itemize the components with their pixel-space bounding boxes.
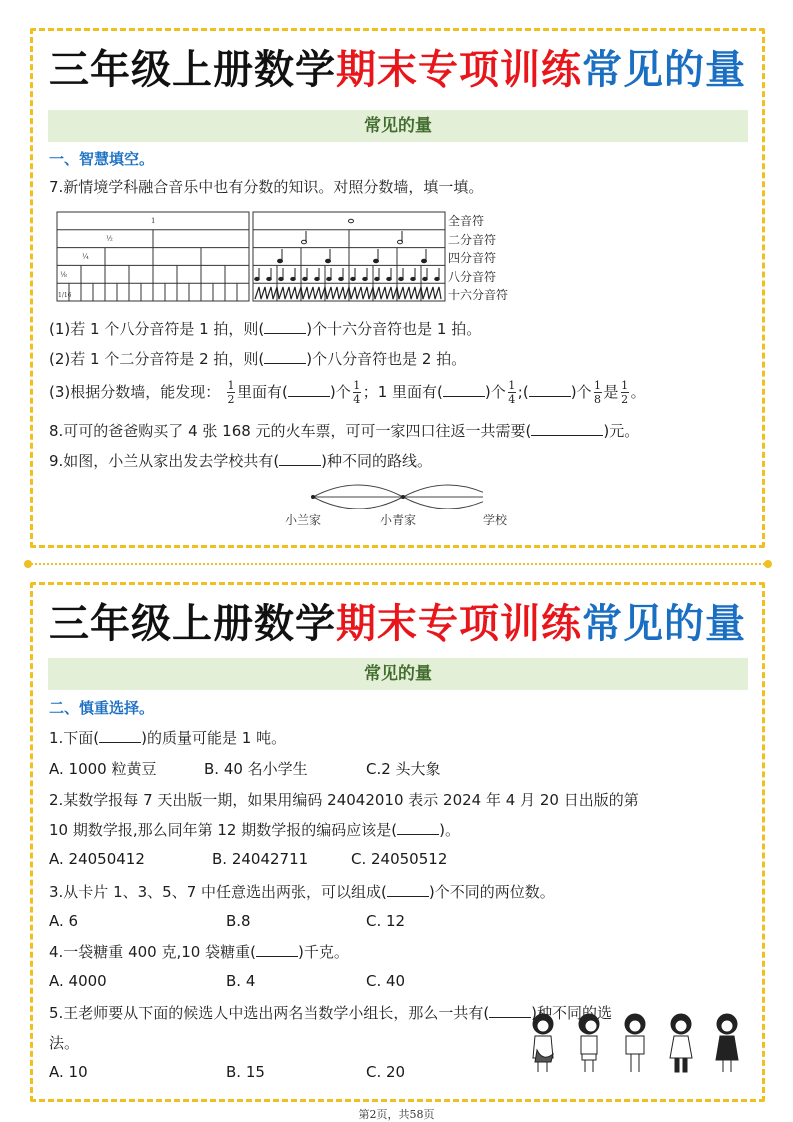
title-part-grade: 三年级上册数学 [49,601,336,647]
section-heading: 一、智慧填空。 [49,148,154,169]
worksheet-title: 三年级上册数学期末专项训练常见的量 [33,599,762,649]
question-7-1: (1)若 1 个八分音符是 1 拍，则()个十六分音符也是 1 拍。 [49,319,481,339]
title-part-topic: 常见的量 [582,601,746,647]
title-part-training: 期末专项训练 [336,601,582,647]
label-eighth-note: 八分音符 [448,268,508,287]
answer-blank[interactable] [264,320,306,334]
label-school: 学校 [483,511,507,528]
topic-banner: 常见的量 [48,658,748,690]
label-whole-note: 全音符 [448,212,508,231]
option-a[interactable]: A. 4000 [49,972,107,990]
answer-blank[interactable] [279,452,321,466]
section-heading: 二、慎重选择。 [49,697,154,718]
question-8: 8.可可的爸爸购买了 4 张 168 元的火车票，可可一家四口往返一共需要()元… [49,421,639,441]
answer-blank[interactable] [256,943,298,957]
option-b[interactable]: B. 15 [226,1063,265,1081]
svg-text:1/16: 1/16 [58,292,72,299]
note-labels: 全音符 二分音符 四分音符 八分音符 十六分音符 [448,212,508,305]
label-xiaoqing-home: 小青家 [380,511,416,528]
fraction: 12 [227,380,235,405]
mc-question-3: 3.从卡片 1、3、5、7 中任意选出两张，可以组成()个不同的两位数。 [49,882,555,902]
option-b[interactable]: B. 4 [226,972,255,990]
option-c[interactable]: C. 24050512 [351,850,447,868]
answer-blank[interactable] [387,883,429,897]
question-7-2: (2)若 1 个二分音符是 2 拍，则()个八分音符也是 2 拍。 [49,349,466,369]
music-fraction-wall: 1 ½ ¼ ⅛ 1/16 [56,211,446,303]
option-b[interactable]: B. 40 名小学生 [204,758,308,779]
label-half-note: 二分音符 [448,231,508,250]
answer-blank[interactable] [531,422,603,436]
title-part-topic: 常见的量 [582,47,746,93]
route-diagram [283,479,483,509]
title-part-grade: 三年级上册数学 [49,47,336,93]
worksheet-title: 三年级上册数学期末专项训练常见的量 [33,45,762,95]
answer-blank[interactable] [529,383,571,397]
mc-question-2-cont: 10 期数学报,那么同年第 12 期数学报的编码应该是()。 [49,820,460,840]
label-xiaolan-home: 小兰家 [285,511,321,528]
answer-blank[interactable] [288,383,330,397]
option-c[interactable]: C. 40 [366,972,405,990]
question-7-3: (3)根据分数墙，能发现： 12里面有()个14；1 里面有()个14;()个1… [49,379,646,405]
worksheet-panel-multiple-choice: 三年级上册数学期末专项训练常见的量 常见的量 二、慎重选择。 1.下面()的质量… [30,582,765,1102]
panel-divider [28,563,768,565]
svg-text:½: ½ [106,235,113,243]
answer-blank[interactable] [443,383,485,397]
option-b[interactable]: B.8 [226,912,251,930]
option-a[interactable]: A. 10 [49,1063,88,1081]
option-a[interactable]: A. 1000 粒黄豆 [49,758,156,779]
child-icon [533,1014,553,1072]
option-a[interactable]: A. 24050412 [49,850,145,868]
svg-text:1: 1 [151,217,155,225]
question-9: 9.如图，小兰从家出发去学校共有()种不同的路线。 [49,451,432,471]
fraction: 12 [621,380,629,405]
option-a[interactable]: A. 6 [49,912,78,930]
option-c[interactable]: C. 12 [366,912,405,930]
label-sixteenth-note: 十六分音符 [448,286,508,305]
question-7: 7.新情境学科融合音乐中也有分数的知识。对照分数墙，填一填。 [49,177,483,197]
title-part-training: 期末专项训练 [336,47,582,93]
svg-text:¼: ¼ [82,253,89,261]
mc-question-5-cont: 法。 [49,1033,79,1053]
answer-blank[interactable] [264,350,306,364]
candidates-illustration [523,1010,753,1080]
label-quarter-note: 四分音符 [448,249,508,268]
mc-question-4: 4.一袋糖重 400 克,10 袋糖重()千克。 [49,942,349,962]
fraction: 14 [353,380,361,405]
topic-banner: 常见的量 [48,110,748,142]
worksheet-panel-fill-in: 三年级上册数学期末专项训练常见的量 常见的量 一、智慧填空。 7.新情境学科融合… [30,28,765,548]
svg-text:⅛: ⅛ [60,271,67,279]
answer-blank[interactable] [397,821,439,835]
page-number: 第2页，共58页 [0,1106,793,1122]
option-b[interactable]: B. 24042711 [212,850,308,868]
mc-question-2: 2.某数学报每 7 天出版一期，如果用编码 24042010 表示 2024 年… [49,790,639,810]
option-c[interactable]: C. 20 [366,1063,405,1081]
answer-blank[interactable] [99,729,141,743]
fraction: 18 [594,380,602,405]
mc-question-1: 1.下面()的质量可能是 1 吨。 [49,728,286,748]
option-c[interactable]: C.2 头大象 [366,758,441,779]
fraction: 14 [508,380,516,405]
fraction-wall-figure: 1 ½ ¼ ⅛ 1/16 [56,211,446,303]
